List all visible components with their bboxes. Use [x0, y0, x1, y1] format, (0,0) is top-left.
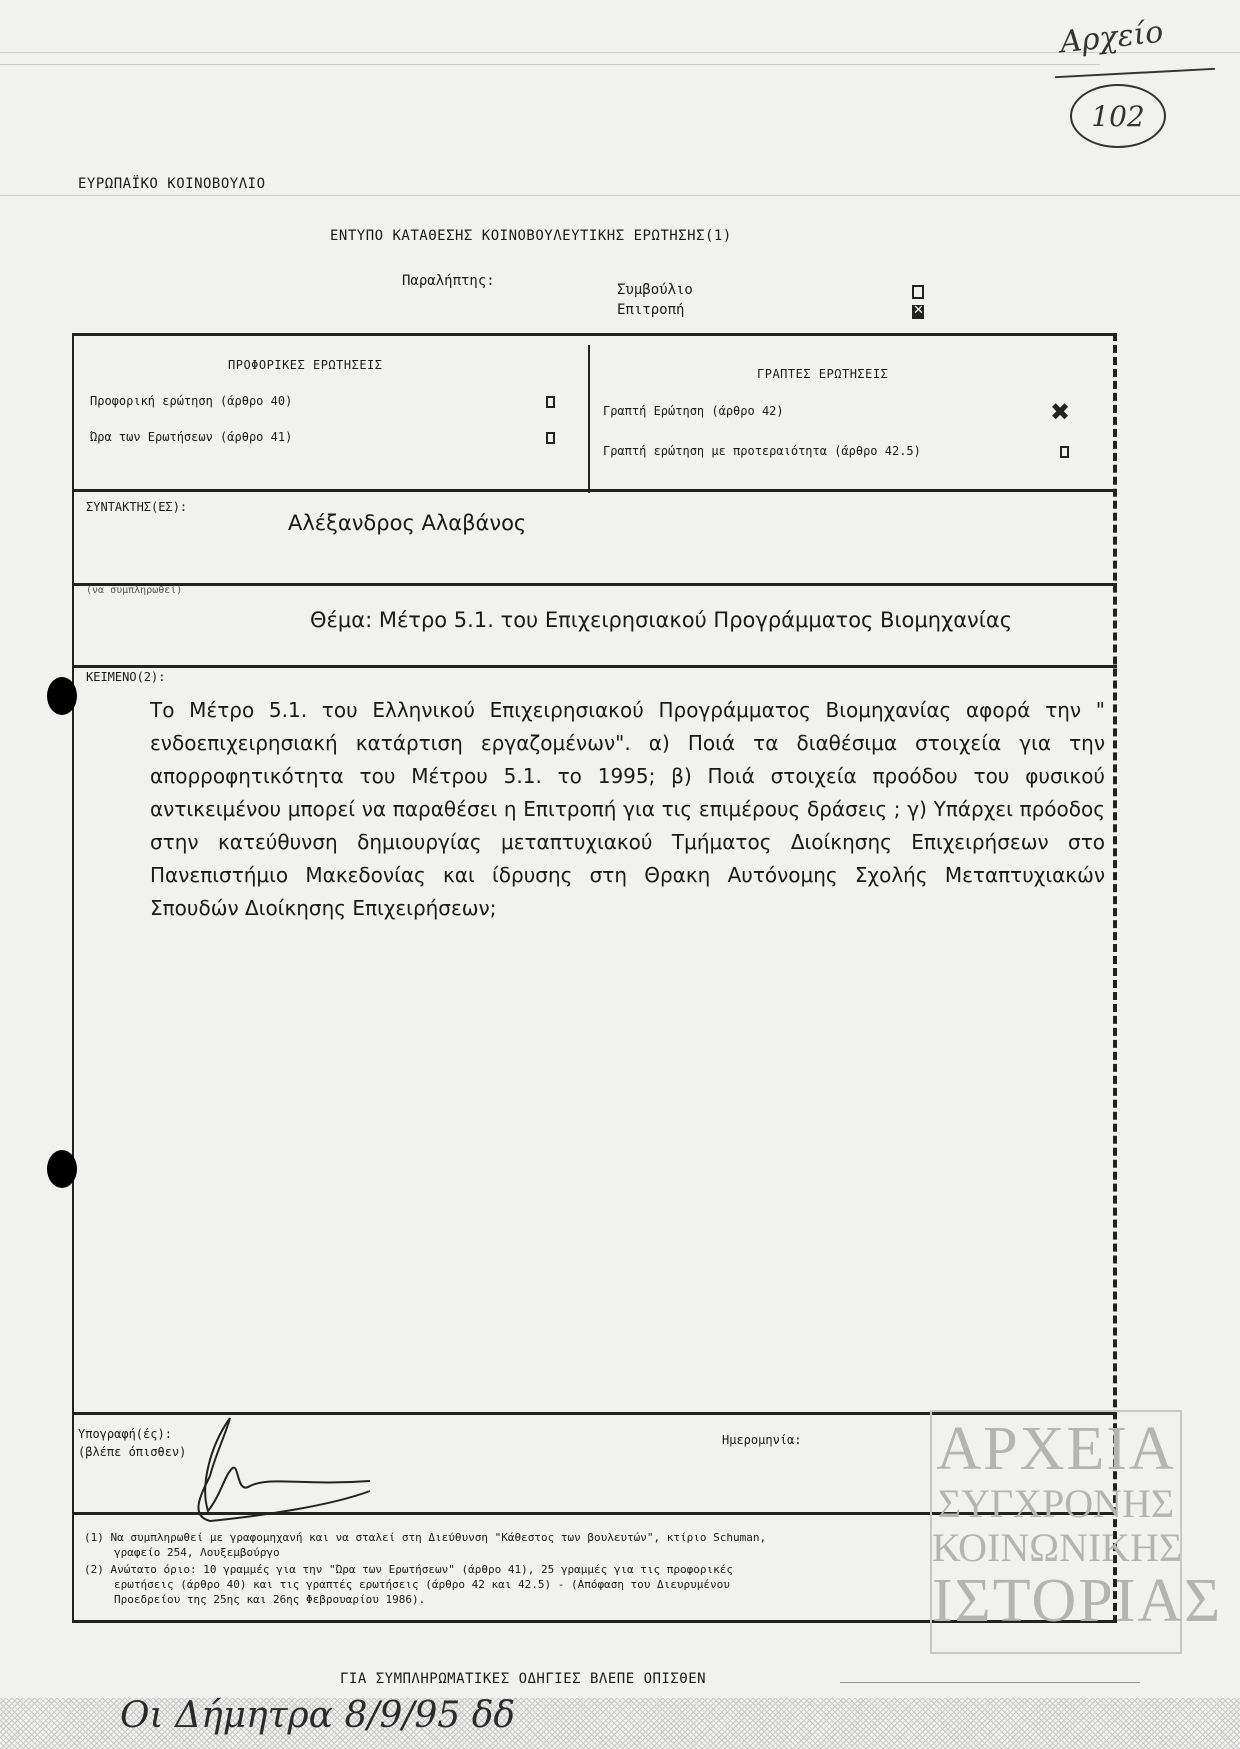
author-name: Αλέξανδρος Αλαβάνος — [288, 511, 526, 535]
scan-artifact-line — [0, 195, 1240, 196]
written-question-art42-checkmark-icon[interactable]: ✖ — [1050, 400, 1070, 424]
archive-handwritten-label: Αρχείο — [1058, 15, 1164, 61]
recipient-option-commission-label: Επιτροπή — [617, 302, 684, 318]
section-divider — [74, 583, 1117, 586]
instruction-line — [840, 1682, 1140, 1683]
oral-question-art40-checkbox[interactable] — [546, 396, 555, 408]
archive-number-circle: 102 — [1070, 84, 1166, 148]
recipient-option-council-label: Συμβούλιο — [617, 282, 693, 298]
punch-hole — [47, 1150, 77, 1188]
watermark-line1: ΑΡΧΕΙΑ — [932, 1418, 1180, 1480]
question-time-art41-checkbox[interactable] — [546, 432, 555, 444]
text-section-label: ΚΕΙΜΕΝΟ(2): — [86, 670, 165, 684]
column-divider — [588, 345, 590, 493]
subject-hint-label: (να συμπληρωθεί) — [86, 585, 182, 596]
scan-artifact-line — [0, 52, 1240, 53]
section-divider — [74, 665, 1117, 668]
footnote-1-line1: Να συμπληρωθεί με γραφομηχανή και να στα… — [111, 1531, 767, 1544]
watermark-line3: ΚΟΙΝΩΝΙΚΗΣ — [932, 1528, 1180, 1568]
form-title: ΕΝΤΥΠΟ ΚΑΤΑΘΕΣΗΣ ΚΟΙΝΟΒΟΥΛΕΥΤΙΚΗΣ ΕΡΩΤΗΣ… — [330, 228, 732, 244]
footnote-1-marker: (1) — [84, 1531, 104, 1544]
recipient-council-checkbox[interactable] — [912, 285, 924, 299]
written-question-art42-label: Γραπτή Ερώτηση (άρθρο 42) — [603, 404, 784, 418]
signature-label: Υπογραφή(ές): (βλέπε όπισθεν) — [78, 1425, 186, 1461]
author-label: ΣΥΝΤΑΚΤΗΣ(ΕΣ): — [86, 500, 187, 514]
section-divider — [74, 489, 1117, 492]
oral-questions-heading: ΠΡΟΦΟΡΙΚΕΣ ΕΡΩΤΗΣΕΙΣ — [228, 358, 383, 372]
question-time-art41-label: Ώρα των Ερωτήσεων (άρθρο 41) — [90, 430, 292, 444]
footnote-2-line1: Ανώτατο όριο: 10 γραμμές για την "Ώρα τω… — [111, 1563, 734, 1576]
bottom-instruction: ΓΙΑ ΣΥΜΠΛΗΡΩΜΑΤΙΚΕΣ ΟΔΗΓΙΕΣ ΒΛΕΠΕ ΟΠΙΣΘΕ… — [340, 1671, 706, 1687]
signature-label-line1: Υπογραφή(ές): — [78, 1425, 186, 1443]
subject-text: Θέμα: Μέτρο 5.1. του Επιχειρησιακού Προγ… — [310, 608, 1012, 632]
priority-written-question-art42-5-label: Γραπτή ερώτηση με προτεραιότητα (άρθρο 4… — [603, 444, 921, 458]
question-body-text: Το Μέτρο 5.1. του Ελληνικού Επιχειρησιακ… — [150, 694, 1105, 925]
written-questions-heading: ΓΡΑΠΤΕΣ ΕΡΩΤΗΣΕΙΣ — [757, 367, 888, 381]
archive-number: 102 — [1091, 100, 1144, 133]
signature-label-line2: (βλέπε όπισθεν) — [78, 1443, 186, 1461]
institution-name: ΕΥΡΩΠΑΪΚΟ ΚΟΙΝΟΒΟΥΛΙΟ — [78, 176, 266, 192]
watermark-line2: ΣΥΓΧΡΟΝΗΣ — [932, 1484, 1180, 1524]
archive-underline — [1055, 68, 1215, 78]
archive-watermark-stamp: ΑΡΧΕΙΑ ΣΥΓΧΡΟΝΗΣ ΚΟΙΝΩΝΙΚΗΣ ΙΣΤΟΡΙΑΣ — [930, 1410, 1182, 1654]
footnote-2-marker: (2) — [84, 1563, 104, 1576]
recipient-label: Παραλήπτης: — [402, 273, 495, 289]
scanned-document-page: Αρχείο 102 ΕΥΡΩΠΑΪΚΟ ΚΟΙΝΟΒΟΥΛΙΟ ΕΝΤΥΠΟ … — [0, 0, 1240, 1749]
recipient-commission-checkbox[interactable] — [912, 305, 924, 319]
handwritten-note: Οι Δήμητρα 8/9/95 δδ — [120, 1695, 515, 1736]
priority-written-question-checkbox[interactable] — [1060, 446, 1069, 458]
date-label: Ημερομηνία: — [722, 1433, 801, 1447]
oral-question-art40-label: Προφορική ερώτηση (άρθρο 40) — [90, 394, 292, 408]
punch-hole — [47, 677, 77, 715]
scan-artifact-line — [0, 64, 1100, 65]
watermark-line4: ΙΣΤΟΡΙΑΣ — [932, 1570, 1180, 1632]
